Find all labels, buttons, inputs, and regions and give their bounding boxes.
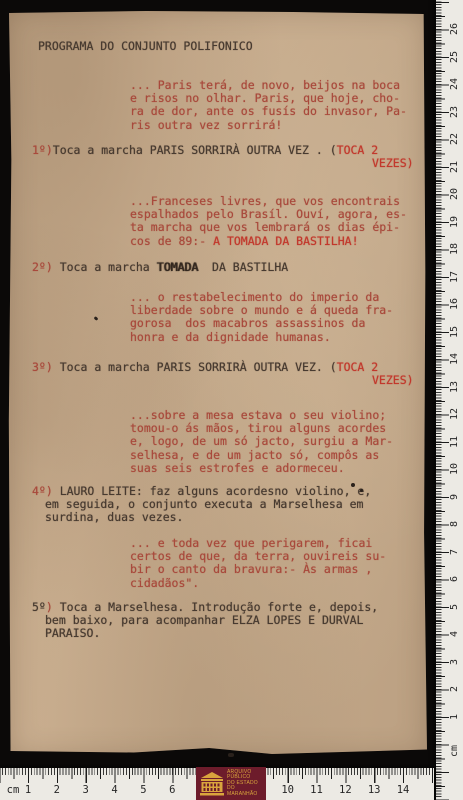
ruler-label: 10 bbox=[447, 460, 461, 478]
ruler-unit-label: cm bbox=[7, 784, 20, 796]
ruler-label: 9 bbox=[447, 488, 461, 506]
text-line: cidadãos". bbox=[130, 577, 386, 590]
text-segment: TOCA 2 bbox=[337, 143, 379, 157]
text-segment: ra de dor, ante os fusís do invasor, Pa- bbox=[130, 104, 407, 118]
text-line: surdina, duas vezes. bbox=[45, 511, 371, 524]
ruler-label: 22 bbox=[447, 130, 461, 148]
item-3: 3º) Toca a marcha PARIS SORRIRÀ OUTRA VE… bbox=[32, 361, 378, 374]
text-segment: Toca a marcha PARIS SORRIRÀ OUTRA VEZ . … bbox=[53, 143, 337, 157]
ruler-label: 3 bbox=[447, 653, 461, 671]
ruler-label: 19 bbox=[447, 213, 461, 231]
ruler-vertical: cm 2625242322212019181716151413121110987… bbox=[436, 0, 463, 800]
opening-quote: ... Paris terá, de novo, beijos na bocae… bbox=[130, 79, 407, 132]
text-segment: PARAISO. bbox=[45, 626, 100, 640]
item-2: 2º) Toca a marcha TOMADA DA BASTILHA bbox=[32, 261, 288, 274]
ruler-label: 14 bbox=[447, 350, 461, 368]
ruler-label: 23 bbox=[447, 103, 461, 121]
text-line: 2º) Toca a marcha TOMADA DA BASTILHA bbox=[32, 261, 288, 274]
document-text-layer: PROGRAMA DO CONJUNTO POLIFONICO... Paris… bbox=[0, 0, 463, 800]
text-segment: suas seis estrofes e adormeceu. bbox=[130, 461, 345, 475]
text-segment: surdina, duas vezes. bbox=[45, 510, 183, 524]
text-line: 1º)Toca a marcha PARIS SORRIRÀ OUTRA VEZ… bbox=[32, 144, 378, 157]
archive-logo-text: ARQUIVO PÚBLICO DO ESTADO DO MARANHÃO bbox=[227, 770, 266, 798]
text-segment: 2º) bbox=[32, 260, 53, 274]
text-segment: 3º) bbox=[32, 360, 53, 374]
text-segment: Toca a Marselhesa. Introdução forte e, d… bbox=[53, 600, 378, 614]
text-segment: PROGRAMA DO CONJUNTO POLIFONICO bbox=[38, 39, 253, 53]
text-segment: ... o restabelecimento do imperio da bbox=[130, 290, 379, 304]
text-segment: VEZES) bbox=[372, 373, 414, 387]
text-segment: 5º bbox=[32, 600, 46, 614]
ink-blot bbox=[360, 489, 363, 492]
text-segment: gorosa dos macabros assassinos da bbox=[130, 316, 365, 330]
text-line: PARAISO. bbox=[45, 627, 378, 640]
quote-aux-armes: ... e toda vez que perigarem, ficaicerto… bbox=[130, 537, 386, 590]
text-segment: bir o canto da bravura:- Às armas , bbox=[130, 562, 372, 576]
paper-edge-notch bbox=[228, 753, 234, 757]
text-segment: cos de 89:- bbox=[130, 234, 213, 248]
ruler-label: 13 bbox=[447, 378, 461, 396]
text-segment: LAURO LEITE: faz alguns acordesno violin… bbox=[53, 484, 372, 498]
text-segment: ...Franceses livres, que vos encontrais bbox=[130, 194, 400, 208]
text-line: 3º) Toca a marcha PARIS SORRIRÀ OUTRA VE… bbox=[32, 361, 378, 374]
ruler-label: 12 bbox=[339, 784, 352, 796]
text-segment: ...sobre a mesa estava o seu violino; bbox=[130, 408, 386, 422]
text-segment: e, logo, de um só jacto, surgiu a Mar- bbox=[130, 434, 393, 448]
text-segment: cidadãos". bbox=[130, 576, 199, 590]
item-1-continuation: VEZES) bbox=[372, 157, 414, 170]
ruler-label: 5 bbox=[447, 598, 461, 616]
title: PROGRAMA DO CONJUNTO POLIFONICO bbox=[38, 40, 253, 53]
ruler-label: 6 bbox=[169, 784, 175, 796]
quote-violin: ...sobre a mesa estava o seu violino;tom… bbox=[130, 409, 393, 475]
text-segment: ta marcha que vos lembrará os dias épi- bbox=[130, 220, 400, 234]
ruler-label: 4 bbox=[447, 625, 461, 643]
ruler-label: 11 bbox=[310, 784, 323, 796]
ruler-label: 21 bbox=[447, 158, 461, 176]
ruler-label: 15 bbox=[447, 323, 461, 341]
text-line: VEZES) bbox=[372, 374, 414, 387]
ruler-label: 8 bbox=[447, 515, 461, 533]
quote-bastille: ...Franceses livres, que vos encontraise… bbox=[130, 195, 407, 248]
text-segment: selhesa, e de um jacto só, compôs as bbox=[130, 448, 379, 462]
archive-building-icon bbox=[199, 771, 225, 797]
ruler-label: 2 bbox=[447, 680, 461, 698]
text-segment: A TOMADA DA BASTILHA! bbox=[213, 234, 358, 248]
ruler-label: 11 bbox=[447, 433, 461, 451]
ruler-label: 17 bbox=[447, 268, 461, 286]
text-line: VEZES) bbox=[372, 157, 414, 170]
text-segment: ) bbox=[46, 600, 53, 614]
ruler-unit-label: cm bbox=[447, 742, 461, 760]
item-3-continuation: VEZES) bbox=[372, 374, 414, 387]
scanned-document-page: PROGRAMA DO CONJUNTO POLIFONICO... Paris… bbox=[0, 0, 463, 800]
item-5: 5º) Toca a Marselhesa. Introdução forte … bbox=[32, 601, 378, 641]
text-segment: DA BASTILHA bbox=[205, 260, 288, 274]
ruler-label: 24 bbox=[447, 75, 461, 93]
text-segment: Toca a marcha bbox=[53, 260, 157, 274]
text-segment: ... Paris terá, de novo, beijos na boca bbox=[130, 78, 400, 92]
archive-logo: ARQUIVO PÚBLICO DO ESTADO DO MARANHÃO bbox=[196, 767, 266, 800]
ink-blot bbox=[351, 483, 355, 487]
ruler-label: 6 bbox=[447, 570, 461, 588]
ruler-label: 10 bbox=[281, 784, 294, 796]
text-segment: bem baixo, para acompanhar ELZA LOPES E … bbox=[45, 613, 364, 627]
ruler-label: 5 bbox=[140, 784, 146, 796]
text-line: suas seis estrofes e adormeceu. bbox=[130, 462, 393, 475]
item-1: 1º)Toca a marcha PARIS SORRIRÀ OUTRA VEZ… bbox=[32, 144, 378, 157]
text-segment: 1º) bbox=[32, 143, 53, 157]
ruler-label: 4 bbox=[111, 784, 117, 796]
ruler-label: 20 bbox=[447, 185, 461, 203]
archive-logo-line: DO MARANHÃO bbox=[227, 786, 266, 797]
ruler-label: 26 bbox=[447, 20, 461, 38]
ruler-label: 25 bbox=[447, 48, 461, 66]
text-segment: 4º) bbox=[32, 484, 53, 498]
ruler-label: 7 bbox=[447, 543, 461, 561]
ruler-label: 3 bbox=[83, 784, 89, 796]
ruler-label: 12 bbox=[447, 405, 461, 423]
ruler-label: 14 bbox=[397, 784, 410, 796]
text-segment: VEZES) bbox=[372, 156, 414, 170]
ruler-label: 2 bbox=[54, 784, 60, 796]
text-line: cos de 89:- A TOMADA DA BASTILHA! bbox=[130, 235, 407, 248]
quote-liberty: ... o restabelecimento do imperio dalibe… bbox=[130, 291, 393, 344]
item-4: 4º) LAURO LEITE: faz alguns acordesno vi… bbox=[32, 485, 371, 525]
text-line: PROGRAMA DO CONJUNTO POLIFONICO bbox=[38, 40, 253, 53]
text-segment: TOCA 2 bbox=[337, 360, 379, 374]
text-segment: ris outra vez sorrirá! bbox=[130, 118, 282, 132]
text-segment: honra e da dignidade humanas. bbox=[130, 330, 331, 344]
ruler-label: 16 bbox=[447, 295, 461, 313]
text-segment: Toca a marcha PARIS SORRIRÀ OUTRA VEZ. ( bbox=[53, 360, 337, 374]
ruler-label: 13 bbox=[368, 784, 381, 796]
text-line: ris outra vez sorrirá! bbox=[130, 119, 407, 132]
text-line: honra e da dignidade humanas. bbox=[130, 331, 393, 344]
ruler-label: 18 bbox=[447, 240, 461, 258]
ruler-label: 1 bbox=[447, 708, 461, 726]
text-segment: ... e toda vez que perigarem, ficai bbox=[130, 536, 372, 550]
ruler-label: 1 bbox=[25, 784, 31, 796]
text-segment: TOMADA bbox=[157, 260, 205, 274]
